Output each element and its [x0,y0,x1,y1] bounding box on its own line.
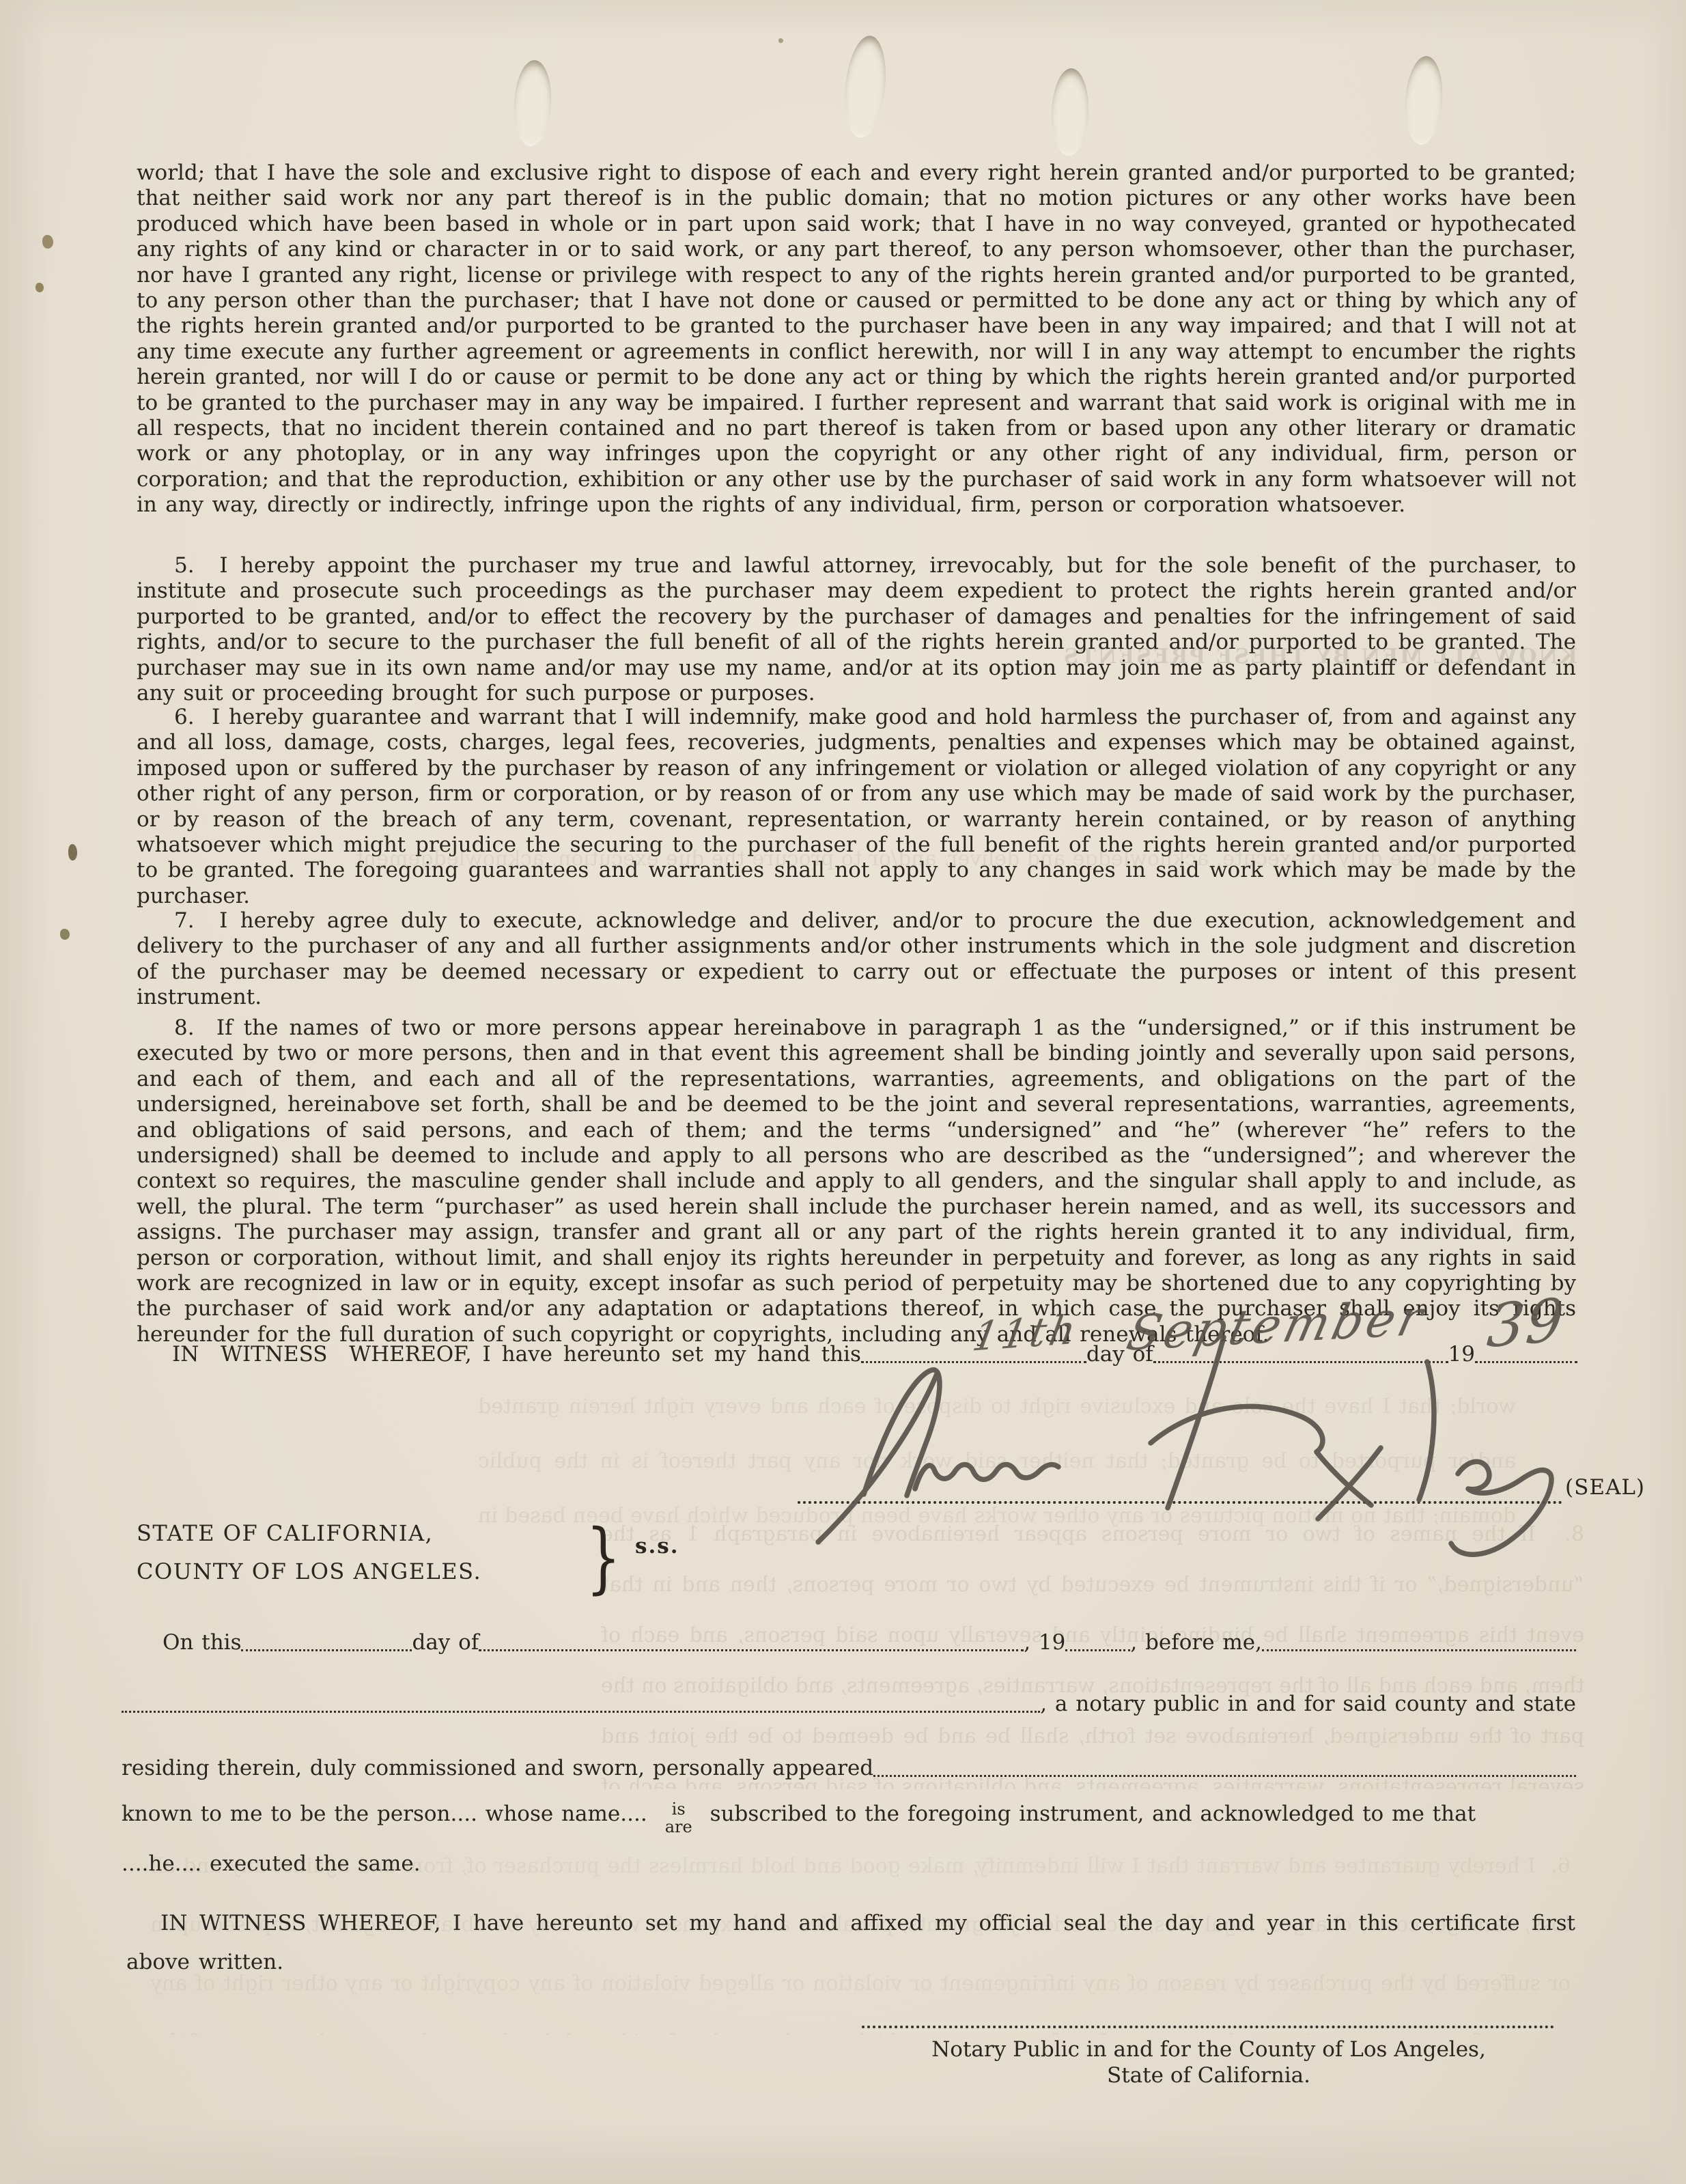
ink-speck [42,235,53,249]
notary-public-suffix: , a notary public in and for said county… [1040,1690,1576,1718]
notary-name-line: , a notary public in and for said county… [122,1690,1576,1718]
notary-day-of-label: day of [412,1628,479,1657]
notary-closing-paragraph: IN WITNESS WHEREOF, I have hereunto set … [126,1904,1575,1982]
blank-notary-month [479,1649,1024,1651]
notary-caption-line2: State of California. [806,2062,1612,2088]
blank-notary-name [1262,1649,1576,1651]
blank-notary-day [241,1649,412,1651]
subscribed-suffix: subscribed to the foregoing instrument, … [710,1800,1476,1828]
notary-caption: Notary Public in and for the County of L… [806,2036,1612,2088]
ink-speck [36,283,44,292]
blank-appeared [873,1775,1576,1777]
ink-speck [68,844,77,860]
on-this-label: On this [163,1628,241,1657]
paragraph-5: 5. I hereby appoint the purchaser my tru… [137,553,1576,706]
he-executed-label: ....he.... executed the same. [122,1849,421,1878]
ink-speck [60,929,70,940]
venue-county: COUNTY OF LOS ANGELES. [137,1558,481,1584]
known-prefix: known to me to be the person.... whose n… [122,1800,647,1828]
blank-notary-year [1065,1649,1130,1651]
are-label: are [665,1818,692,1836]
is-are-choice: is are [665,1800,692,1836]
notary-signature-line [862,2026,1554,2028]
blank-notary-name-2 [122,1711,1040,1713]
before-me-label: , before me, [1130,1628,1262,1657]
contract-page: KNOW ALL MEN BY THESE PRESENTS 7. I here… [0,0,1686,2184]
punch-hole [1403,55,1446,145]
witness-prefix: IN WITNESS WHEREOF, I have hereunto set … [172,1340,861,1369]
ink-speck [778,38,783,43]
punch-hole [512,59,554,148]
punch-hole [840,33,890,139]
paragraph-6: 6. I hereby guarantee and warrant that I… [137,705,1576,909]
known-line: known to me to be the person.... whose n… [122,1796,1576,1832]
is-label: is [665,1800,692,1818]
ss-label: s.s. [635,1534,679,1558]
notary-19-label: , 19 [1024,1628,1065,1657]
venue-brace: } [586,1513,621,1602]
paragraph-7: 7. I hereby agree duly to execute, ackno… [137,908,1576,1011]
residing-label: residing therein, duly commissioned and … [122,1754,873,1782]
notary-date-line: On this day of , 19 , before me, [122,1628,1576,1657]
signature-aldous-huxley [785,1317,1646,1586]
executed-line: ....he.... executed the same. [122,1849,1576,1878]
paragraph-continuation: world; that I have the sole and exclusiv… [137,160,1576,518]
punch-hole [1050,68,1090,156]
residing-line: residing therein, duly commissioned and … [122,1754,1576,1782]
venue-state: STATE OF CALIFORNIA, [137,1520,433,1546]
notary-caption-line1: Notary Public in and for the County of L… [806,2036,1612,2062]
